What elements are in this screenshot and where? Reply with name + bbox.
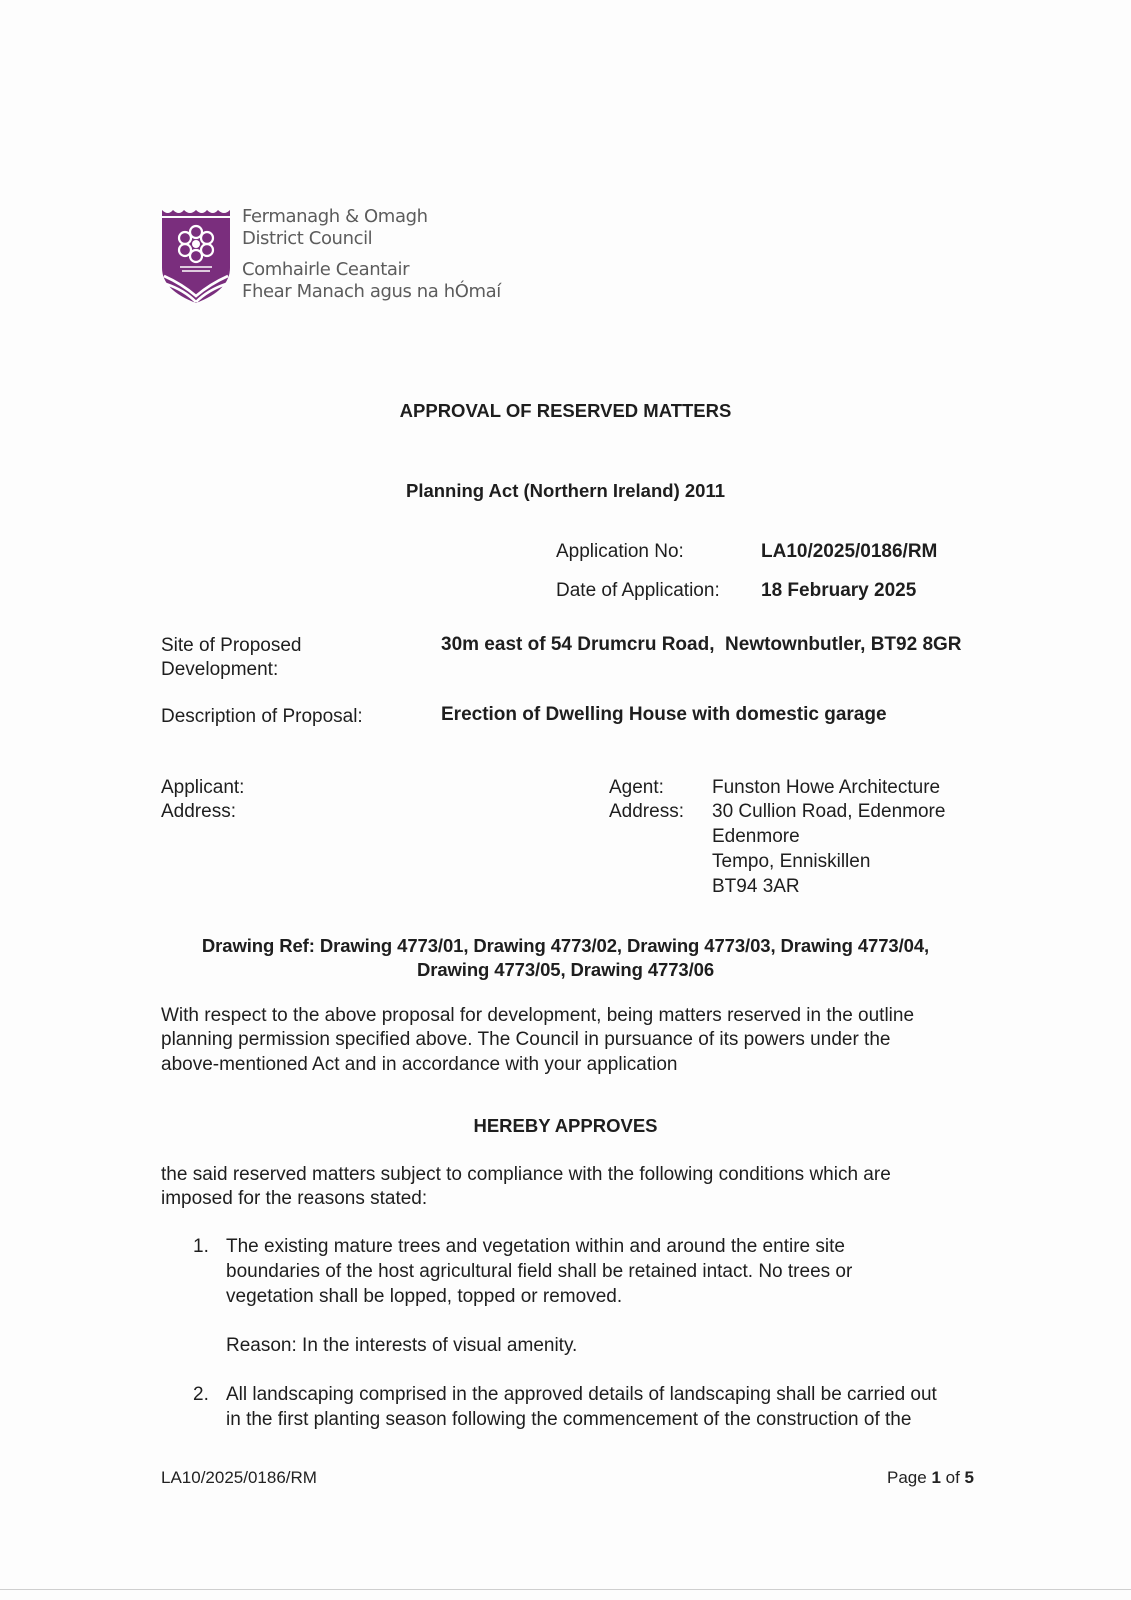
approval-heading: HEREBY APPROVES <box>0 1115 1131 1137</box>
document-title: APPROVAL OF RESERVED MATTERS <box>0 400 1131 422</box>
description-label: Description of Proposal: <box>161 705 363 729</box>
site-value: 30m east of 54 Drumcru Road, Newtownbutl… <box>441 633 962 657</box>
intro-paragraph-line: With respect to the above proposal for d… <box>161 1004 914 1028</box>
footer-reference: LA10/2025/0186/RM <box>161 1468 317 1488</box>
page-total: 5 <box>965 1468 974 1487</box>
agent-address-line: Edenmore <box>712 825 800 849</box>
condition-number: 1. <box>193 1235 209 1259</box>
condition-number: 2. <box>193 1383 209 1407</box>
agent-address-line: Tempo, Enniskillen <box>712 850 870 874</box>
condition-text-line: All landscaping comprised in the approve… <box>226 1382 937 1407</box>
agent-address-line: 30 Cullion Road, Edenmore <box>712 800 945 824</box>
intro-paragraph-line: above-mentioned Act and in accordance wi… <box>161 1053 678 1077</box>
condition-reason: Reason: In the interests of visual ameni… <box>226 1333 577 1358</box>
logo-text-line: Fermanagh & Omagh <box>242 206 428 227</box>
scan-edge-line <box>0 1589 1131 1590</box>
application-date-label: Date of Application: <box>556 579 720 603</box>
drawing-ref-line: Drawing 4773/05, Drawing 4773/06 <box>0 959 1131 981</box>
logo-text-line: Fhear Manach agus na hÓmaí <box>242 281 501 302</box>
council-crest-icon <box>162 206 230 304</box>
conditions-intro-line: imposed for the reasons stated: <box>161 1187 427 1211</box>
application-number-label: Application No: <box>556 540 684 564</box>
application-number-value: LA10/2025/0186/RM <box>761 540 937 564</box>
logo-text-line: District Council <box>242 228 372 249</box>
page-current: 1 <box>931 1468 940 1487</box>
condition-text-line: in the first planting season following t… <box>226 1407 911 1432</box>
page-indicator: Page 1 of 5 <box>887 1468 974 1488</box>
intro-paragraph-line: planning permission specified above. The… <box>161 1028 890 1052</box>
agent-value: Funston Howe Architecture <box>712 776 940 800</box>
condition-text-line: The existing mature trees and vegetation… <box>226 1234 845 1259</box>
drawing-ref-line: Drawing Ref: Drawing 4773/01, Drawing 47… <box>0 935 1131 957</box>
condition-text-line: vegetation shall be lopped, topped or re… <box>226 1284 622 1309</box>
page-separator: of <box>941 1468 965 1487</box>
description-value: Erection of Dwelling House with domestic… <box>441 703 887 727</box>
agent-address-label: Address: <box>609 800 684 824</box>
agent-address-line: BT94 3AR <box>712 875 800 899</box>
page-prefix: Page <box>887 1468 931 1487</box>
site-label: Site of Proposed <box>161 634 301 658</box>
application-date-value: 18 February 2025 <box>761 579 916 603</box>
applicant-address-label: Address: <box>161 800 236 824</box>
conditions-intro-line: the said reserved matters subject to com… <box>161 1163 891 1187</box>
agent-label: Agent: <box>609 776 664 800</box>
applicant-label: Applicant: <box>161 776 244 800</box>
act-heading: Planning Act (Northern Ireland) 2011 <box>0 480 1131 502</box>
logo-text-line: Comhairle Ceantair <box>242 259 409 280</box>
council-logo: Fermanagh & Omagh District Council Comha… <box>162 206 512 306</box>
condition-text-line: boundaries of the host agricultural fiel… <box>226 1259 852 1284</box>
site-label-cont: Development: <box>161 658 278 682</box>
